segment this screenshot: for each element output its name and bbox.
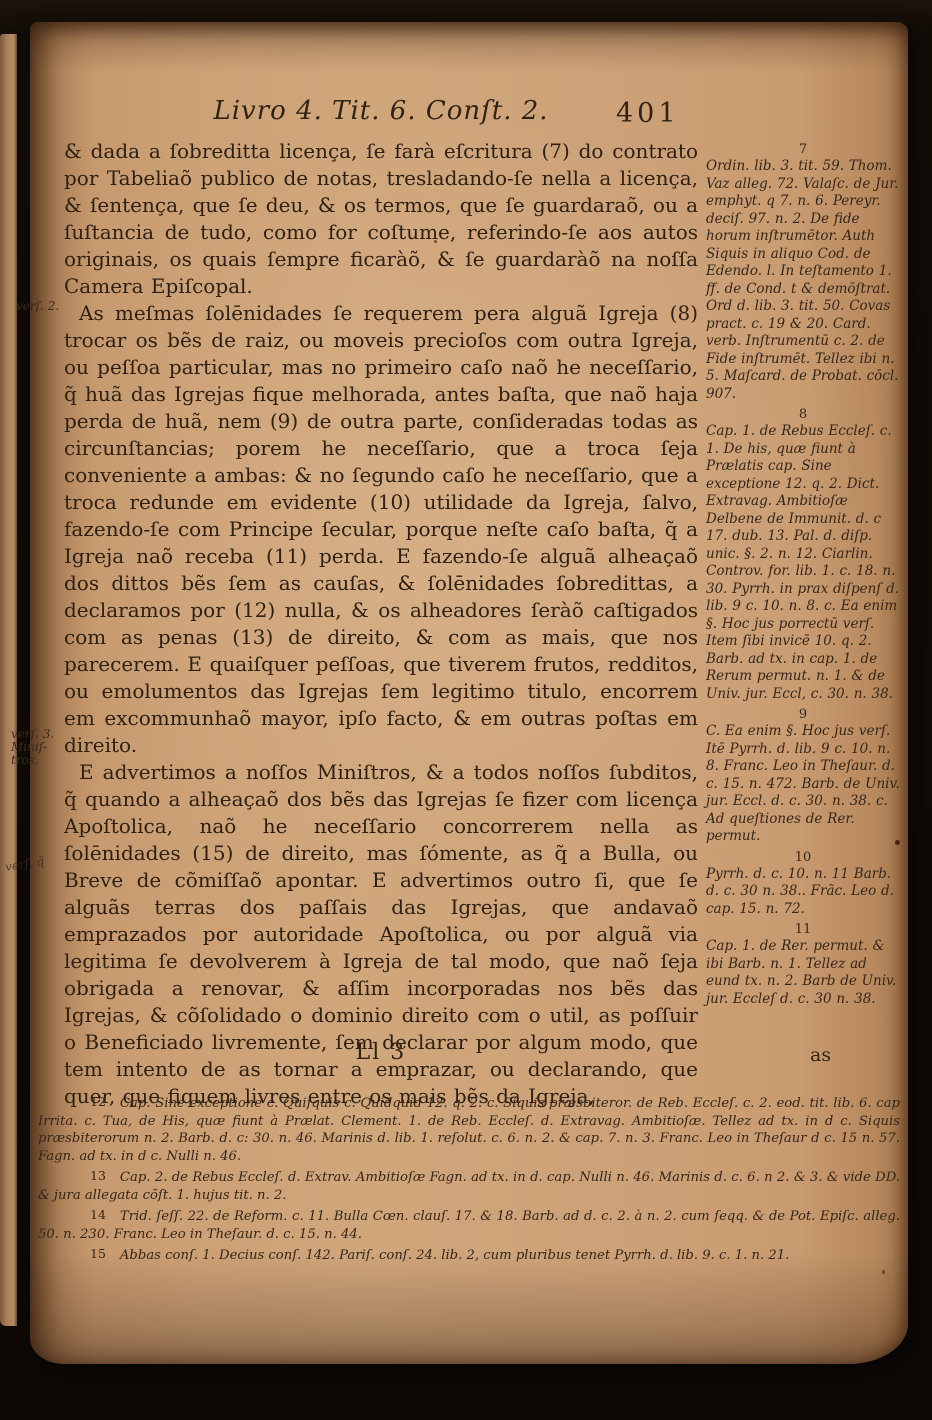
- ink-speck: [882, 1270, 885, 1274]
- margin-note-text: Pyrrh. d. c. 10. n. 11 Barb. d. c. 30 n.…: [706, 866, 900, 919]
- body-paragraph: As meſmas ſolēnidades ſe requerem pera a…: [64, 300, 698, 759]
- left-margin-note-verse-3: verſ. 3. Miniſ- tros.: [11, 728, 54, 767]
- footnote-number: 15: [90, 1246, 120, 1261]
- running-header: Livro 4. Tit. 6. Conſt. 2.: [64, 96, 698, 126]
- margin-note-number: 9: [706, 707, 900, 722]
- footnote: 12Cap. Sine exceptione c. Quiſquis c. Qu…: [38, 1093, 900, 1165]
- book-scan: Livro 4. Tit. 6. Conſt. 2. 401 & dada a …: [0, 0, 932, 1420]
- footnote: 13Cap. 2. de Rebus Eccleſ. d. Extrav. Am…: [38, 1167, 900, 1204]
- margin-note-number: 11: [706, 922, 900, 937]
- margin-note: 11 Cap. 1. de Rer. permut. & ibi Barb. n…: [706, 922, 900, 1008]
- main-text-column: & dada a ſobreditta licença, ſe farà eſc…: [64, 138, 698, 1110]
- previous-page-edge: [0, 34, 17, 1326]
- margin-note-number: 10: [706, 850, 900, 865]
- footnote: 15Abbas conſ. 1. Decius conſ. 142. Pariſ…: [38, 1245, 900, 1265]
- margin-note-text: C. Ea enim §. Hoc jus verſ. Itē Pyrrh. d…: [706, 723, 900, 846]
- footnote-text: Trid. ſeſſ. 22. de Reform. c. 11. Bulla …: [38, 1209, 900, 1242]
- margin-note: 9 C. Ea enim §. Hoc jus verſ. Itē Pyrrh.…: [706, 707, 900, 846]
- ink-speck: [434, 240, 437, 243]
- left-margin-note-verse-2: verſ. 2.: [16, 300, 59, 313]
- footnotes-block: 12Cap. Sine exceptione c. Quiſquis c. Qu…: [38, 1093, 900, 1267]
- page-title: Livro 4. Tit. 6. Conſt. 2.: [213, 96, 548, 126]
- signature-mark: Ll 3: [64, 1040, 698, 1065]
- margin-note-number: 7: [706, 142, 900, 157]
- page-number: 401: [616, 98, 680, 129]
- margin-notes-column: 7 Ordin. lib. 3. tit. 59. Thom. Vaz alle…: [706, 140, 900, 1012]
- footnote: 14Trid. ſeſſ. 22. de Reform. c. 11. Bull…: [38, 1206, 900, 1243]
- margin-note: 8 Cap. 1. de Rebus Eccleſ. c. 1. De his,…: [706, 407, 900, 703]
- catchword: as: [810, 1044, 831, 1066]
- footnote-number: 14: [90, 1207, 120, 1222]
- footnote-number: 12: [90, 1094, 120, 1109]
- margin-note-text: Cap. 1. de Rer. permut. & ibi Barb. n. 1…: [706, 938, 900, 1008]
- margin-note-text: Cap. 1. de Rebus Eccleſ. c. 1. De his, q…: [706, 423, 900, 703]
- footnote-number: 13: [90, 1168, 120, 1183]
- footnote-text: Cap. 2. de Rebus Eccleſ. d. Extrav. Ambi…: [38, 1170, 900, 1203]
- footnote-text: Cap. Sine exceptione c. Quiſquis c. Quid…: [38, 1096, 900, 1164]
- book-page: Livro 4. Tit. 6. Conſt. 2. 401 & dada a …: [30, 22, 908, 1364]
- body-paragraph: & dada a ſobreditta licença, ſe farà eſc…: [64, 138, 698, 300]
- margin-note-number: 8: [706, 407, 900, 422]
- margin-note-text: Ordin. lib. 3. tit. 59. Thom. Vaz alleg.…: [706, 158, 900, 403]
- ink-speck: [895, 840, 900, 845]
- footnote-text: Abbas conſ. 1. Decius conſ. 142. Pariſ. …: [120, 1248, 789, 1263]
- margin-note: 7 Ordin. lib. 3. tit. 59. Thom. Vaz alle…: [706, 142, 900, 403]
- margin-note: 10 Pyrrh. d. c. 10. n. 11 Barb. d. c. 30…: [706, 850, 900, 919]
